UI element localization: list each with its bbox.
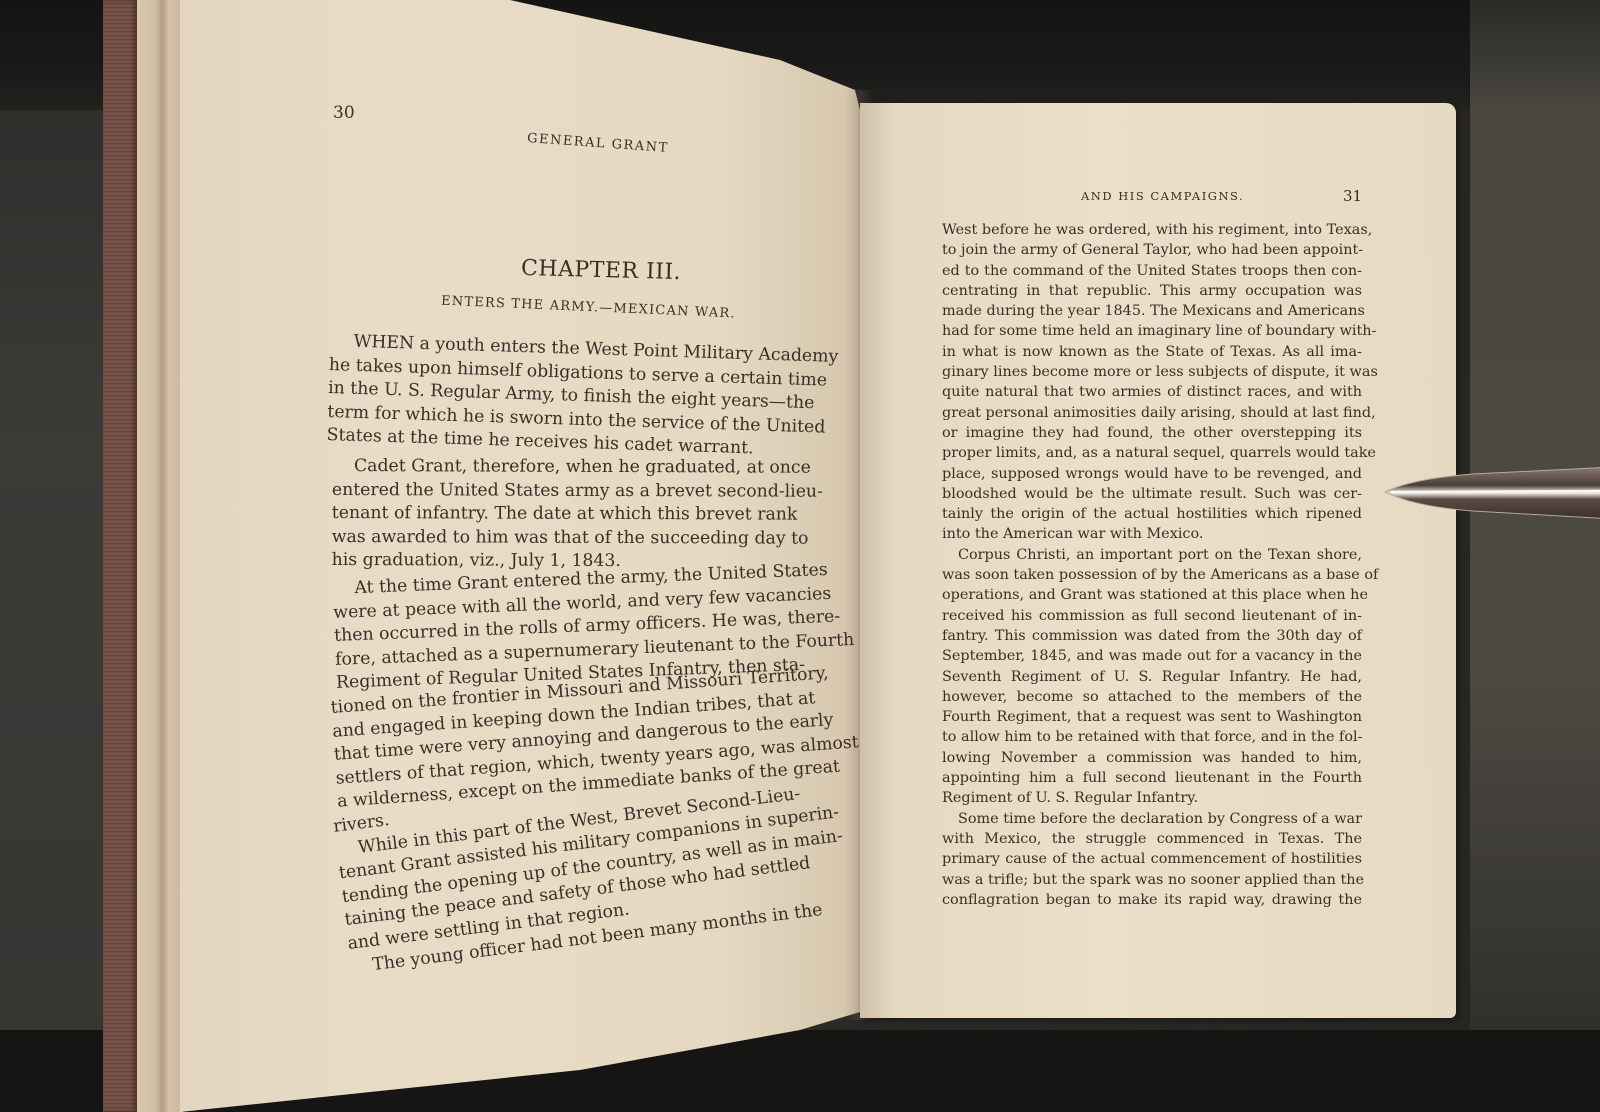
book-cover-cloth: [103, 0, 137, 1112]
text-line: bloodshed would be the ultimate result. …: [942, 484, 1362, 504]
text-line: quite natural that two armies of distinc…: [942, 382, 1362, 402]
right-page-body: West before he was ordered, with his reg…: [942, 220, 1362, 910]
right-page-number: 31: [1343, 187, 1362, 205]
text-line: made during the year 1845. The Mexicans …: [942, 301, 1362, 321]
text-line: Cadet Grant, therefore, when he graduate…: [332, 455, 820, 480]
text-line: with Mexico, the struggle commenced in T…: [942, 829, 1362, 849]
background-left: [0, 0, 103, 1112]
chapter-title: CHAPTER III.: [521, 256, 682, 285]
right-running-head: AND HIS CAMPAIGNS.: [1081, 189, 1244, 203]
text-line: however, become so attached to the membe…: [942, 687, 1362, 707]
text-line: had for some time held an imaginary line…: [942, 321, 1362, 341]
text-line: proper limits, and, as a natural sequel,…: [942, 443, 1362, 463]
text-line: tainly the origin of the actual hostilit…: [942, 504, 1362, 524]
text-line: West before he was ordered, with his reg…: [942, 220, 1362, 240]
text-line: was a trifle; but the spark was no soone…: [942, 870, 1362, 890]
text-line: was awarded to him was that of the succe…: [332, 526, 820, 551]
text-line: tenant of infantry. The date at which th…: [332, 502, 820, 527]
text-line: September, 1845, and was made out for a …: [942, 646, 1362, 666]
text-line: in what is now known as the State of Tex…: [942, 342, 1362, 362]
text-line: conflagration began to make its rapid wa…: [942, 890, 1362, 910]
page-edges: [137, 0, 183, 1112]
left-page-body-middle: Cadet Grant, therefore, when he graduate…: [332, 455, 820, 575]
background-right: [1470, 0, 1600, 1112]
text-line: centrating in that republic. This army o…: [942, 281, 1362, 301]
text-line: Seventh Regiment of U. S. Regular Infant…: [942, 667, 1362, 687]
text-line: was soon taken possession of by the Amer…: [942, 565, 1362, 585]
text-line: ginary lines become more or less subject…: [942, 362, 1362, 382]
text-line: ed to the command of the United States t…: [942, 261, 1362, 281]
text-line: great personal animosities daily arising…: [942, 403, 1362, 423]
text-line: appointing him a full second lieutenant …: [942, 768, 1362, 788]
text-line: to join the army of General Taylor, who …: [942, 240, 1362, 260]
text-line: Regiment of U. S. Regular Infantry.: [942, 788, 1362, 808]
text-line: fantry. This commission was dated from t…: [942, 626, 1362, 646]
text-line: operations, and Grant was stationed at t…: [942, 585, 1362, 605]
letter-opener-blade-icon: [1383, 463, 1600, 521]
text-line: or imagine they had found, the other ove…: [942, 423, 1362, 443]
text-line: primary cause of the actual commencement…: [942, 849, 1362, 869]
text-line: Corpus Christi, an important port on the…: [942, 545, 1362, 565]
text-line: place, supposed wrongs would have to be …: [942, 464, 1362, 484]
text-line: Fourth Regiment, that a request was sent…: [942, 707, 1362, 727]
text-line: entered the United States army as a brev…: [332, 479, 820, 504]
text-line: to allow him to be retained with that fo…: [942, 727, 1362, 747]
text-line: lowing November a commission was handed …: [942, 748, 1362, 768]
text-line: received his commission as full second l…: [942, 606, 1362, 626]
text-line: Some time before the declaration by Cong…: [942, 809, 1362, 829]
text-line: into the American war with Mexico.: [942, 524, 1362, 544]
left-page-number: 30: [333, 103, 355, 123]
left-page-body-top: WHEN a youth enters the West Point Milit…: [326, 330, 817, 463]
